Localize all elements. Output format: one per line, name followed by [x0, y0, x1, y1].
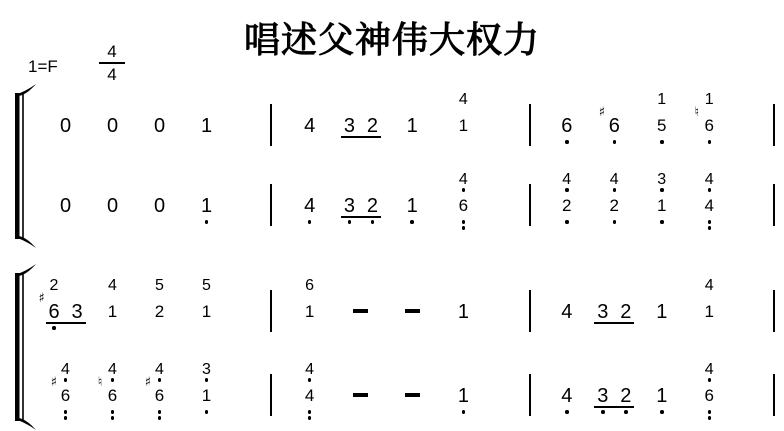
note-number: 1: [407, 114, 418, 136]
note: 42: [608, 170, 621, 233]
octave-dot: [111, 410, 115, 414]
low-octave-dot-slot: [660, 136, 664, 153]
low-octave-dot-slot: [348, 216, 352, 233]
beat-group: 0: [106, 170, 119, 233]
note-number: [405, 300, 420, 322]
note-number: 1: [657, 194, 666, 216]
beat-group: 46♯: [59, 360, 72, 423]
beat: 0: [136, 170, 183, 233]
note-number: 2: [620, 384, 631, 406]
sharp-accidental: ♯: [145, 376, 151, 389]
note: 31: [655, 170, 668, 233]
octave-dot: [64, 378, 68, 382]
low-octave-dot-slot: [158, 406, 162, 423]
beat: 44: [686, 170, 734, 233]
beat: 41: [89, 276, 136, 339]
octave-dot: [708, 220, 712, 224]
beat-group: [405, 360, 420, 423]
note-number: 0: [60, 194, 71, 216]
beat-group: 41: [457, 90, 470, 153]
octave-dot: [708, 188, 712, 192]
low-octave-dot-slot: [708, 136, 712, 153]
chord-top-number: 4: [155, 360, 164, 378]
octave-dot: [660, 220, 664, 224]
low-octave-dot-slot: [308, 216, 312, 233]
beat: 61: [284, 276, 335, 339]
sustain-dash: [405, 393, 420, 397]
note-number: 1: [458, 384, 469, 406]
note-number: 6: [705, 384, 714, 406]
octave-dot: [158, 378, 162, 382]
octave-dot: [708, 416, 712, 420]
chord-top-number: 3: [657, 170, 666, 188]
beat-group: 1: [457, 360, 470, 423]
note: 26♯: [48, 276, 61, 339]
low-octave-dot-slot: [371, 216, 375, 233]
staff-row: 000143214642423144: [30, 170, 775, 231]
beat-group: 61: [303, 276, 316, 339]
chord-top-number: 4: [459, 170, 468, 188]
note-number: 0: [154, 194, 165, 216]
low-octave-dot-slot: [462, 406, 466, 423]
low-octave-dot-slot: [708, 406, 712, 423]
beat: 46: [438, 170, 489, 233]
low-octave-dot-slot: [52, 322, 56, 339]
beat-group: 26♯3: [48, 276, 84, 339]
beat: 1: [183, 90, 230, 153]
chord-top-number: 4: [108, 276, 117, 294]
note: 41: [703, 276, 716, 339]
beat-group: 41: [703, 276, 716, 339]
note-number: [353, 384, 368, 406]
beat: 1: [638, 360, 686, 423]
note-number: 1: [459, 114, 468, 136]
note-number: 3: [344, 194, 355, 216]
note: 6♯: [608, 90, 621, 153]
sustain-dash: [405, 309, 420, 313]
octave-dot: [613, 140, 617, 144]
measure: 66♯1516♮: [531, 90, 773, 153]
note: 46♮: [106, 360, 119, 423]
chord-top-number: 3: [202, 360, 211, 378]
beat: 46♯: [136, 360, 183, 423]
measure: 42423144: [531, 170, 773, 233]
note-number: 6♯: [48, 300, 59, 322]
sustain-dash: [353, 393, 368, 397]
note: 1: [655, 360, 668, 423]
beat-group: 4: [560, 360, 573, 423]
note: 46♯: [153, 360, 166, 423]
low-octave-dot-slot: [613, 136, 617, 153]
octave-dot: [462, 220, 466, 224]
octave-dot: [308, 378, 312, 382]
octave-dot: [565, 220, 569, 224]
beat-group: 15: [655, 90, 668, 153]
beat: 0: [89, 90, 136, 153]
low-octave-dot-slot: [601, 406, 605, 423]
note: 3: [343, 90, 356, 153]
note-number: 4: [561, 384, 572, 406]
note-number: 4: [304, 194, 315, 216]
note-number: 4: [561, 300, 572, 322]
note-number: 1: [201, 194, 212, 216]
octave-dot: [660, 140, 664, 144]
octave-dot: [111, 378, 115, 382]
octave-dot: [708, 140, 712, 144]
low-octave-dot-slot: [462, 216, 466, 233]
beat: 32: [335, 170, 386, 233]
note: 52: [153, 276, 166, 339]
beat: 52: [136, 276, 183, 339]
beat-group: 32: [343, 170, 379, 233]
beat-group: 1: [406, 90, 419, 153]
note: 0: [106, 90, 119, 153]
beat: 15: [638, 90, 686, 153]
measure: 432146: [531, 360, 773, 423]
barline: [773, 374, 775, 416]
beat: 41: [438, 90, 489, 153]
low-octave-dot-slot: [708, 216, 712, 233]
note: 3: [343, 170, 356, 233]
octave-dot: [52, 326, 56, 330]
chord-top-number: 6: [305, 276, 314, 294]
low-octave-dot-slot: [565, 216, 569, 233]
note: 46♯: [59, 360, 72, 423]
note: 0: [59, 170, 72, 233]
low-octave-dot-slot: [565, 136, 569, 153]
beat-group: 42: [608, 170, 621, 233]
octave-dot: [205, 410, 209, 414]
note: 3: [71, 276, 84, 339]
beat-group: 32: [343, 90, 379, 153]
note: 1: [406, 170, 419, 233]
beat: 32: [335, 90, 386, 153]
eighth-beam: [46, 322, 86, 324]
note-number: 2: [562, 194, 571, 216]
octave-dot: [565, 140, 569, 144]
note: 41: [457, 90, 470, 153]
low-octave-dot-slot: [660, 216, 664, 233]
note: 4: [303, 90, 316, 153]
beat-group: 31: [200, 360, 213, 423]
note: 0: [153, 90, 166, 153]
note: 1: [457, 276, 470, 339]
note-number: 1: [201, 114, 212, 136]
note-number: 1: [458, 300, 469, 322]
measure: 432146: [272, 170, 529, 233]
octave-dot: [708, 378, 712, 382]
beat-group: 4: [560, 276, 573, 339]
note-number: 2: [610, 194, 619, 216]
note-number: 2: [367, 194, 378, 216]
staff-row: 000143214166♯1516♮: [30, 90, 775, 151]
note-number: 0: [107, 194, 118, 216]
beat: 44: [284, 360, 335, 423]
beat-group: 0: [153, 90, 166, 153]
note: 44: [703, 170, 716, 233]
beat-group: 31: [655, 170, 668, 233]
note-number: 4: [305, 384, 314, 406]
beat-group: 16♮: [703, 90, 716, 153]
eighth-beam: [594, 322, 634, 324]
low-octave-dot-slot: [565, 406, 569, 423]
note: 4: [560, 276, 573, 339]
note: 1: [200, 170, 213, 233]
beat-group: 42: [560, 170, 573, 233]
natural-accidental: ♮: [98, 376, 103, 389]
beat: 41: [686, 276, 734, 339]
note-number: 1: [656, 384, 667, 406]
octave-dot: [462, 226, 466, 230]
octave-dot: [308, 416, 312, 420]
chord-top-number: 4: [705, 360, 714, 378]
note-number: 1: [705, 300, 714, 322]
beat: 6: [543, 90, 591, 153]
note-number: 6♯: [61, 384, 70, 406]
note-number: 1: [202, 300, 211, 322]
measure: 432141: [531, 276, 773, 339]
octave-dot: [565, 410, 569, 414]
note-number: 6♯: [609, 114, 620, 136]
note-number: 5: [657, 114, 666, 136]
beat-group: 4: [303, 170, 316, 233]
beat-group: 1: [200, 170, 213, 233]
note-number: 3: [597, 300, 608, 322]
note: 1: [406, 90, 419, 153]
beat: 0: [42, 170, 89, 233]
measure: 0001: [30, 170, 270, 233]
measure: 611: [272, 276, 529, 339]
beat-group: 46♮: [106, 360, 119, 423]
beat-group: 1: [655, 276, 668, 339]
beat-group: 0: [153, 170, 166, 233]
note: 2: [366, 170, 379, 233]
note: 46: [703, 360, 716, 423]
dash-note: [405, 276, 420, 339]
note: 0: [106, 170, 119, 233]
beat-group: 6: [560, 90, 573, 153]
note-number: 0: [60, 114, 71, 136]
note-number: 3: [344, 114, 355, 136]
staff-row: 46♯46♮46♯31441432146: [30, 360, 775, 421]
sharp-accidental: ♯: [51, 376, 57, 389]
chord-top-number: 5: [155, 276, 164, 294]
low-octave-dot-slot: [308, 406, 312, 423]
eighth-beam: [341, 136, 381, 138]
chord-top-number: 1: [657, 90, 666, 108]
octave-dot: [601, 410, 605, 414]
chord-top-number: 4: [562, 170, 571, 188]
sharp-accidental: ♯: [38, 292, 44, 305]
note-number: 1: [202, 384, 211, 406]
note-number: 1: [305, 300, 314, 322]
sharp-accidental: ♯: [599, 106, 605, 119]
score-body: 000143214166♯1516♮00014321464242314426♯3…: [0, 0, 784, 431]
note: 2: [619, 276, 632, 339]
octave-dot: [205, 220, 209, 224]
note: 6: [560, 90, 573, 153]
beat: [387, 360, 438, 423]
note: 44: [303, 360, 316, 423]
beat: 4: [543, 276, 591, 339]
beat: [387, 276, 438, 339]
octave-dot: [308, 220, 312, 224]
low-octave-dot-slot: [410, 216, 414, 233]
octave-dot: [64, 416, 68, 420]
measure: 441: [272, 360, 529, 423]
dash-note: [353, 276, 368, 339]
low-octave-dot-slot: [205, 216, 209, 233]
beat-group: [353, 276, 368, 339]
octave-dot: [111, 416, 115, 420]
dash-note: [405, 360, 420, 423]
note: 31: [200, 360, 213, 423]
beat-group: 41: [106, 276, 119, 339]
beat-group: 0: [59, 90, 72, 153]
beat: 32: [591, 360, 639, 423]
beat-group: 0: [59, 170, 72, 233]
beat: 46♯: [42, 360, 89, 423]
note-number: 1: [108, 300, 117, 322]
note-number: 6: [459, 194, 468, 216]
beat: 42: [591, 170, 639, 233]
chord-top-number: 4: [610, 170, 619, 188]
note-number: [405, 384, 420, 406]
beat: 32: [591, 276, 639, 339]
chord-top-number: 4: [705, 276, 714, 294]
chord-top-number: 4: [305, 360, 314, 378]
octave-dot: [158, 410, 162, 414]
beat-group: 32: [596, 360, 632, 423]
octave-dot: [462, 410, 466, 414]
beat-group: 46: [703, 360, 716, 423]
note: 2: [366, 90, 379, 153]
note: 16♮: [703, 90, 716, 153]
beat-group: [405, 276, 420, 339]
low-octave-dot-slot: [660, 406, 664, 423]
beat: 0: [89, 170, 136, 233]
octave-dot: [613, 188, 617, 192]
note-number: 6♮: [108, 384, 117, 406]
staff-row: 26♯3415251611432141: [30, 276, 775, 337]
note: 1: [457, 360, 470, 423]
beat: 0: [42, 90, 89, 153]
note-number: 1: [656, 300, 667, 322]
beat: 1: [438, 360, 489, 423]
low-octave-dot-slot: [624, 406, 628, 423]
octave-dot: [348, 220, 352, 224]
barline: [773, 290, 775, 332]
octave-dot: [565, 188, 569, 192]
sustain-dash: [353, 309, 368, 313]
note-number: 4: [304, 114, 315, 136]
octave-dot: [708, 226, 712, 230]
beat-group: 1: [406, 170, 419, 233]
note: 0: [153, 170, 166, 233]
beat-group: 51: [200, 276, 213, 339]
note-number: 3: [597, 384, 608, 406]
beat: 42: [543, 170, 591, 233]
octave-dot: [462, 188, 466, 192]
beat: 31: [638, 170, 686, 233]
note-number: 2: [367, 114, 378, 136]
beat: 16♮: [686, 90, 734, 153]
note: 42: [560, 170, 573, 233]
beat: 1: [387, 90, 438, 153]
note: 3: [596, 360, 609, 423]
octave-dot: [205, 378, 209, 382]
octave-dot: [613, 220, 617, 224]
note-number: 0: [107, 114, 118, 136]
chord-top-number: 1: [705, 90, 714, 108]
note: 1: [200, 90, 213, 153]
note-number: 0: [154, 114, 165, 136]
beat: 0: [136, 90, 183, 153]
octave-dot: [660, 410, 664, 414]
note: 46: [457, 170, 470, 233]
beat-group: 44: [303, 360, 316, 423]
note: 61: [303, 276, 316, 339]
beat-group: 46♯: [153, 360, 166, 423]
note: 51: [200, 276, 213, 339]
chord-top-number: 4: [108, 360, 117, 378]
beat-group: 52: [153, 276, 166, 339]
barline: [773, 104, 775, 146]
note: 2: [619, 360, 632, 423]
beat: 46♮: [89, 360, 136, 423]
beat: 4: [284, 90, 335, 153]
beat-group: 4: [303, 90, 316, 153]
chord-top-number: 4: [459, 90, 468, 108]
low-octave-dot-slot: [205, 406, 209, 423]
note: 1: [655, 276, 668, 339]
measure: 26♯3415251: [30, 276, 270, 339]
beat: 26♯3: [42, 276, 89, 339]
natural-accidental: ♮: [695, 106, 700, 119]
note-number: 6♮: [705, 114, 714, 136]
note-number: 4: [705, 194, 714, 216]
note-number: 1: [407, 194, 418, 216]
chord-top-number: 4: [705, 170, 714, 188]
beat: 31: [183, 360, 230, 423]
beat: 4: [543, 360, 591, 423]
octave-dot: [624, 410, 628, 414]
octave-dot: [64, 410, 68, 414]
beat: 1: [387, 170, 438, 233]
note: 41: [106, 276, 119, 339]
beat: 1: [183, 170, 230, 233]
low-octave-dot-slot: [64, 406, 68, 423]
note-number: 3: [71, 300, 82, 322]
note: 0: [59, 90, 72, 153]
beat: 51: [183, 276, 230, 339]
note: 3: [596, 276, 609, 339]
octave-dot: [158, 416, 162, 420]
measure: 46♯46♮46♯31: [30, 360, 270, 423]
beat-group: 6♯: [608, 90, 621, 153]
note-number: 6♯: [155, 384, 164, 406]
beat: 46: [686, 360, 734, 423]
beat: [335, 276, 386, 339]
note-number: 6: [561, 114, 572, 136]
octave-dot: [308, 410, 312, 414]
note: 4: [560, 360, 573, 423]
dash-note: [353, 360, 368, 423]
beat-group: 44: [703, 170, 716, 233]
note-number: 2: [620, 300, 631, 322]
measure: 0001: [30, 90, 270, 153]
beat: 4: [284, 170, 335, 233]
